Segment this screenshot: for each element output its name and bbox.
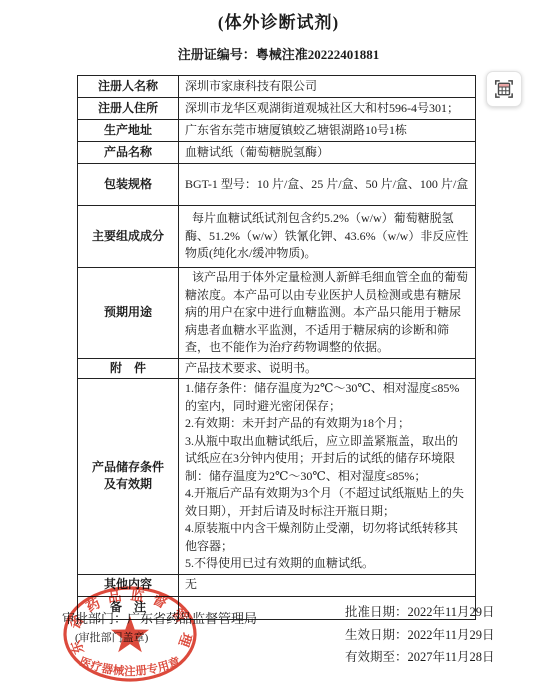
other-content-value: 无 (179, 574, 476, 596)
production-address-label: 生产地址 (78, 120, 179, 142)
product-name-value: 血糖试纸（葡萄糖脱氢酶） (179, 142, 476, 164)
expiry-date: 有效期至：2027年11月28日 (345, 646, 495, 669)
certificate-table: 注册人名称 深圳市家康科技有限公司 注册人住所 深圳市龙华区观湖街道观城社区大和… (77, 75, 476, 620)
registrant-name-value: 深圳市家康科技有限公司 (179, 76, 476, 98)
row-attachments: 附 件 产品技术要求、说明书。 (78, 358, 476, 379)
storage-shelf-life-label: 产品储存条件 及有效期 (78, 379, 179, 575)
table-capture-button[interactable] (486, 71, 522, 107)
date-block: 批准日期：2022年11月29日 生效日期：2022年11月29日 有效期至：2… (345, 601, 495, 669)
approval-date: 批准日期：2022年11月29日 (345, 601, 495, 624)
registrant-address-value: 深圳市龙华区观湖街道观城社区大和村596-4号301； (179, 98, 476, 120)
seal-bottom-text: 医疗器械注册专用章 (78, 654, 183, 678)
row-product-name: 产品名称 血糖试纸（葡萄糖脱氢酶） (78, 142, 476, 164)
other-content-label: 其他内容 (78, 574, 179, 596)
table-capture-icon (493, 78, 515, 100)
production-address-value: 广东省东莞市塘厦镇蛟乙塘银湖路10号1栋 (179, 120, 476, 142)
approval-department: 审批部门：广东省药品监督管理局 (62, 608, 257, 627)
row-production-address: 生产地址 广东省东莞市塘厦镇蛟乙塘银湖路10号1栋 (78, 120, 476, 142)
packaging-spec-value: BGT-1 型号：10 片/盒、25 片/盒、50 片/盒、100 片/盒 (179, 164, 476, 206)
product-name-label: 产品名称 (78, 142, 179, 164)
seal-placement-note: (审批部门盖章) (75, 629, 148, 645)
packaging-spec-label: 包装规格 (78, 164, 179, 206)
main-components-label: 主要组成成分 (78, 206, 179, 268)
intended-use-label: 预期用途 (78, 268, 179, 359)
main-components-value: 每片血糖试纸试剂包含约5.2%（w/w）葡萄糖脱氢酶、51.2%（w/w）铁氰化… (179, 206, 476, 268)
registrant-name-label: 注册人名称 (78, 76, 179, 98)
svg-text:医疗器械注册专用章: 医疗器械注册专用章 (78, 654, 183, 678)
row-registrant-address: 注册人住所 深圳市龙华区观湖街道观城社区大和村596-4号301； (78, 98, 476, 120)
attachments-label: 附 件 (78, 358, 179, 379)
effective-date: 生效日期：2022年11月29日 (345, 624, 495, 647)
row-storage-shelf-life: 产品储存条件 及有效期 1.储存条件：储存温度为2℃～30℃、相对湿度≤85%的… (78, 379, 476, 575)
attachments-value: 产品技术要求、说明书。 (179, 358, 476, 379)
row-main-components: 主要组成成分 每片血糖试纸试剂包含约5.2%（w/w）葡萄糖脱氢酶、51.2%（… (78, 206, 476, 268)
intended-use-value: 该产品用于体外定量检测人新鲜毛细血管全血的葡萄糖浓度。本产品可以由专业医护人员检… (179, 268, 476, 359)
row-packaging-spec: 包装规格 BGT-1 型号：10 片/盒、25 片/盒、50 片/盒、100 片… (78, 164, 476, 206)
storage-shelf-life-value: 1.储存条件：储存温度为2℃～30℃、相对湿度≤85%的室内，同时避光密闭保存；… (179, 379, 476, 575)
registration-number: 注册证编号：粤械注准20222401881 (0, 44, 557, 63)
row-registrant-name: 注册人名称 深圳市家康科技有限公司 (78, 76, 476, 98)
page-title: (体外诊断试剂) (0, 8, 557, 33)
row-other-content: 其他内容 无 (78, 574, 476, 596)
row-intended-use: 预期用途 该产品用于体外定量检测人新鲜毛细血管全血的葡萄糖浓度。本产品可以由专业… (78, 268, 476, 359)
registrant-address-label: 注册人住所 (78, 98, 179, 120)
